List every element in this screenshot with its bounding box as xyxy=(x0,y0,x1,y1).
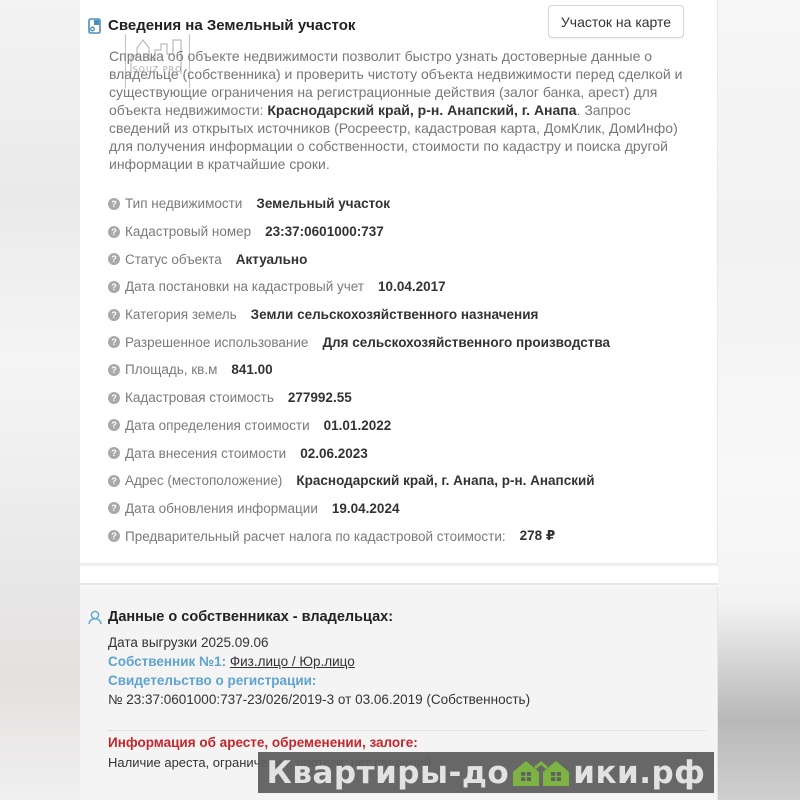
question-circle-icon[interactable]: ? xyxy=(108,419,120,431)
site-watermark-banner: Квартиры-до ики.рф xyxy=(258,752,714,793)
owners-details: Дата выгрузки 2025.09.06 Собственник №1:… xyxy=(108,633,708,709)
export-date: Дата выгрузки 2025.09.06 xyxy=(108,633,708,652)
property-list: ? Тип недвижимости Земельный участок ? К… xyxy=(108,190,698,550)
background-left xyxy=(0,0,80,800)
owners-section-title: Данные о собственниках - владельцах: xyxy=(88,609,393,625)
property-row: ? Тип недвижимости Земельный участок xyxy=(108,190,698,218)
show-on-map-button[interactable]: Участок на карте xyxy=(548,5,684,38)
property-row: ? Дата постановки на кадастровый учет 10… xyxy=(108,273,698,301)
owners-section-title-text: Данные о собственниках - владельцах: xyxy=(108,609,393,625)
certificate-label: Свидетельство о регистрации: xyxy=(108,671,708,690)
property-row: ? Дата определения стоимости 01.01.2022 xyxy=(108,412,698,440)
question-circle-icon[interactable]: ? xyxy=(108,226,120,238)
certificate-value: № 23:37:0601000:737-23/026/2019-3 от 03.… xyxy=(108,690,708,709)
property-row: ? Дата внесения стоимости 02.06.2023 xyxy=(108,439,698,467)
question-circle-icon[interactable]: ? xyxy=(108,309,120,321)
question-circle-icon[interactable]: ? xyxy=(108,502,120,514)
question-circle-icon[interactable]: ? xyxy=(108,392,120,404)
owner-label: Собственник №1: xyxy=(108,654,226,669)
question-circle-icon[interactable]: ? xyxy=(108,336,120,348)
question-circle-icon[interactable]: ? xyxy=(108,447,120,459)
question-circle-icon[interactable]: ? xyxy=(108,475,120,487)
property-row: ? Дата обновления информации 19.04.2024 xyxy=(108,495,698,523)
house-logo-icon xyxy=(511,758,571,788)
property-row: ? Разрешенное использование Для сельскох… xyxy=(108,328,698,356)
document-icon xyxy=(88,18,102,34)
question-circle-icon[interactable]: ? xyxy=(108,364,120,376)
owner-row: Собственник №1: Физ.лицо / Юр.лицо xyxy=(108,652,708,671)
card-spacer xyxy=(80,567,718,585)
property-row: ? Предварительный расчет налога по кадас… xyxy=(108,522,698,550)
background-right xyxy=(718,0,800,800)
property-row: ? Площадь, кв.м 841.00 xyxy=(108,356,698,384)
question-circle-icon[interactable]: ? xyxy=(108,253,120,265)
question-circle-icon[interactable]: ? xyxy=(108,281,120,293)
intro-location: Краснодарский край, р-н. Анапский, г. Ан… xyxy=(267,102,576,118)
intro-paragraph: Справка об объекте недвижимости позволит… xyxy=(109,47,684,173)
owner-type-link[interactable]: Физ.лицо / Юр.лицо xyxy=(230,654,355,669)
question-circle-icon[interactable]: ? xyxy=(108,530,120,542)
user-icon xyxy=(88,610,102,625)
section-divider xyxy=(108,730,706,731)
property-row: ? Кадастровый номер 23:37:0601000:737 xyxy=(108,218,698,246)
property-row: ? Адрес (местоположение) Краснодарский к… xyxy=(108,467,698,495)
property-row: ? Статус объекта Актуально xyxy=(108,245,698,273)
arrest-info-title: Информация об аресте, обременении, залог… xyxy=(108,735,418,750)
property-row: ? Кадастровая стоимость 277992.55 xyxy=(108,384,698,412)
question-circle-icon[interactable]: ? xyxy=(108,198,120,210)
land-section-title: Сведения на Земельный участок xyxy=(88,17,355,34)
property-row: ? Категория земель Земли сельскохозяйств… xyxy=(108,301,698,329)
land-section-title-text: Сведения на Земельный участок xyxy=(108,17,355,34)
